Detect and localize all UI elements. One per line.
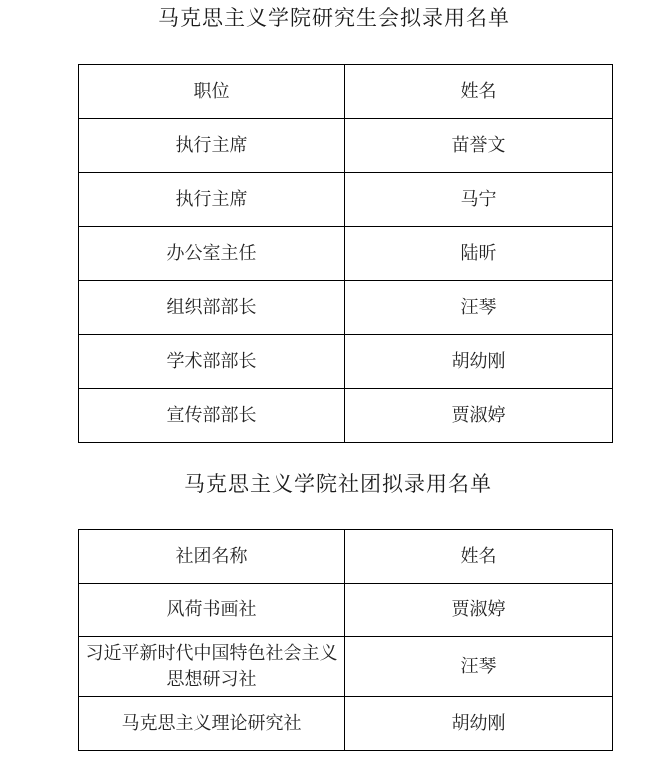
table-header-row: 社团名称 姓名	[79, 530, 613, 584]
cell-name: 贾淑婷	[345, 389, 613, 443]
club-table: 社团名称 姓名 风荷书画社 贾淑婷 习近平新时代中国特色社会主义思想研习社 汪琴…	[78, 529, 613, 751]
cell-name: 胡幼刚	[345, 335, 613, 389]
cell-club-name: 风荷书画社	[79, 584, 345, 637]
cell-position: 办公室主任	[79, 227, 345, 281]
cell-name: 贾淑婷	[345, 584, 613, 637]
club-list-title: 马克思主义学院社团拟录用名单	[4, 474, 668, 495]
cell-club-name: 马克思主义理论研究社	[79, 697, 345, 751]
cell-position: 学术部部长	[79, 335, 345, 389]
table-row: 执行主席 苗誉文	[79, 119, 613, 173]
table-row: 习近平新时代中国特色社会主义思想研习社 汪琴	[79, 637, 613, 697]
table-row: 风荷书画社 贾淑婷	[79, 584, 613, 637]
cell-club-name: 习近平新时代中国特色社会主义思想研习社	[79, 637, 345, 697]
student-union-table: 职位 姓名 执行主席 苗誉文 执行主席 马宁 办公室主任 陆昕 组织部部长 汪琴…	[78, 64, 613, 443]
cell-name: 胡幼刚	[345, 697, 613, 751]
header-name: 姓名	[345, 530, 613, 584]
table-row: 学术部部长 胡幼刚	[79, 335, 613, 389]
cell-name: 苗誉文	[345, 119, 613, 173]
table-header-row: 职位 姓名	[79, 65, 613, 119]
cell-name: 汪琴	[345, 281, 613, 335]
cell-name: 马宁	[345, 173, 613, 227]
table-row: 宣传部部长 贾淑婷	[79, 389, 613, 443]
cell-position: 宣传部部长	[79, 389, 345, 443]
table-row: 办公室主任 陆昕	[79, 227, 613, 281]
cell-name: 汪琴	[345, 637, 613, 697]
table-row: 组织部部长 汪琴	[79, 281, 613, 335]
header-name: 姓名	[345, 65, 613, 119]
header-club-name: 社团名称	[79, 530, 345, 584]
cell-name: 陆昕	[345, 227, 613, 281]
cell-position: 执行主席	[79, 173, 345, 227]
cell-position: 执行主席	[79, 119, 345, 173]
header-position: 职位	[79, 65, 345, 119]
table-row: 马克思主义理论研究社 胡幼刚	[79, 697, 613, 751]
student-union-list-title: 马克思主义学院研究生会拟录用名单	[0, 8, 668, 29]
table-row: 执行主席 马宁	[79, 173, 613, 227]
cell-position: 组织部部长	[79, 281, 345, 335]
